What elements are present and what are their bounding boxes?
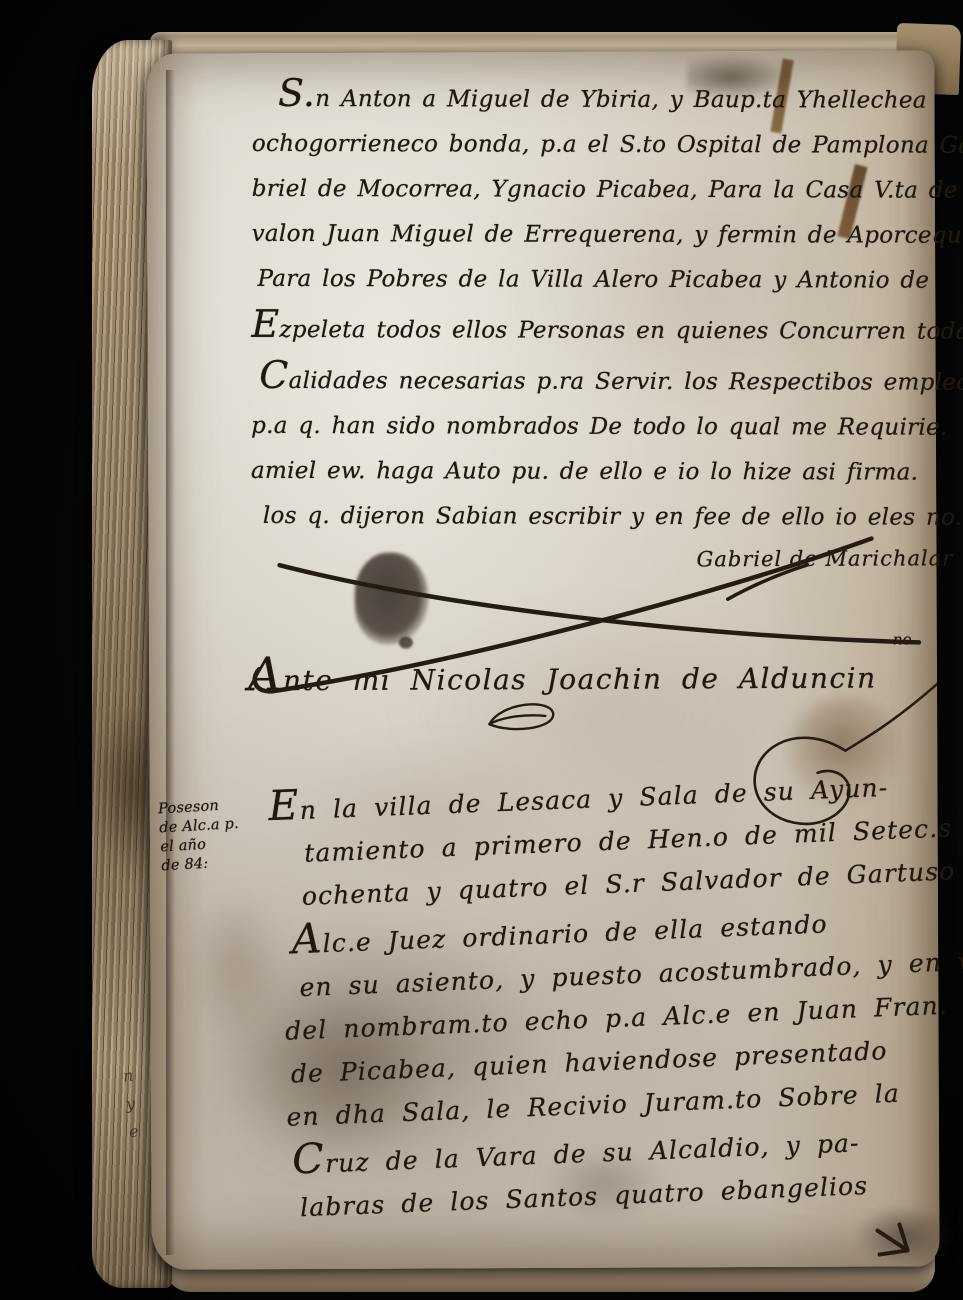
manuscript-page: S.n Anton a Miguel de Ybiria, y Baup.ta … [146, 50, 939, 1269]
pen-stroke-overlay [146, 50, 939, 1269]
manuscript-photo: S.n Anton a Miguel de Ybiria, y Baup.ta … [0, 0, 963, 1300]
gutter-crease-shadow [166, 70, 175, 1255]
bottom-right-ink-mark [877, 1224, 907, 1254]
cancellation-cross-stroke [280, 562, 919, 645]
small-oval-flourish [489, 704, 553, 729]
rubric-spiral-flourish [754, 682, 939, 824]
